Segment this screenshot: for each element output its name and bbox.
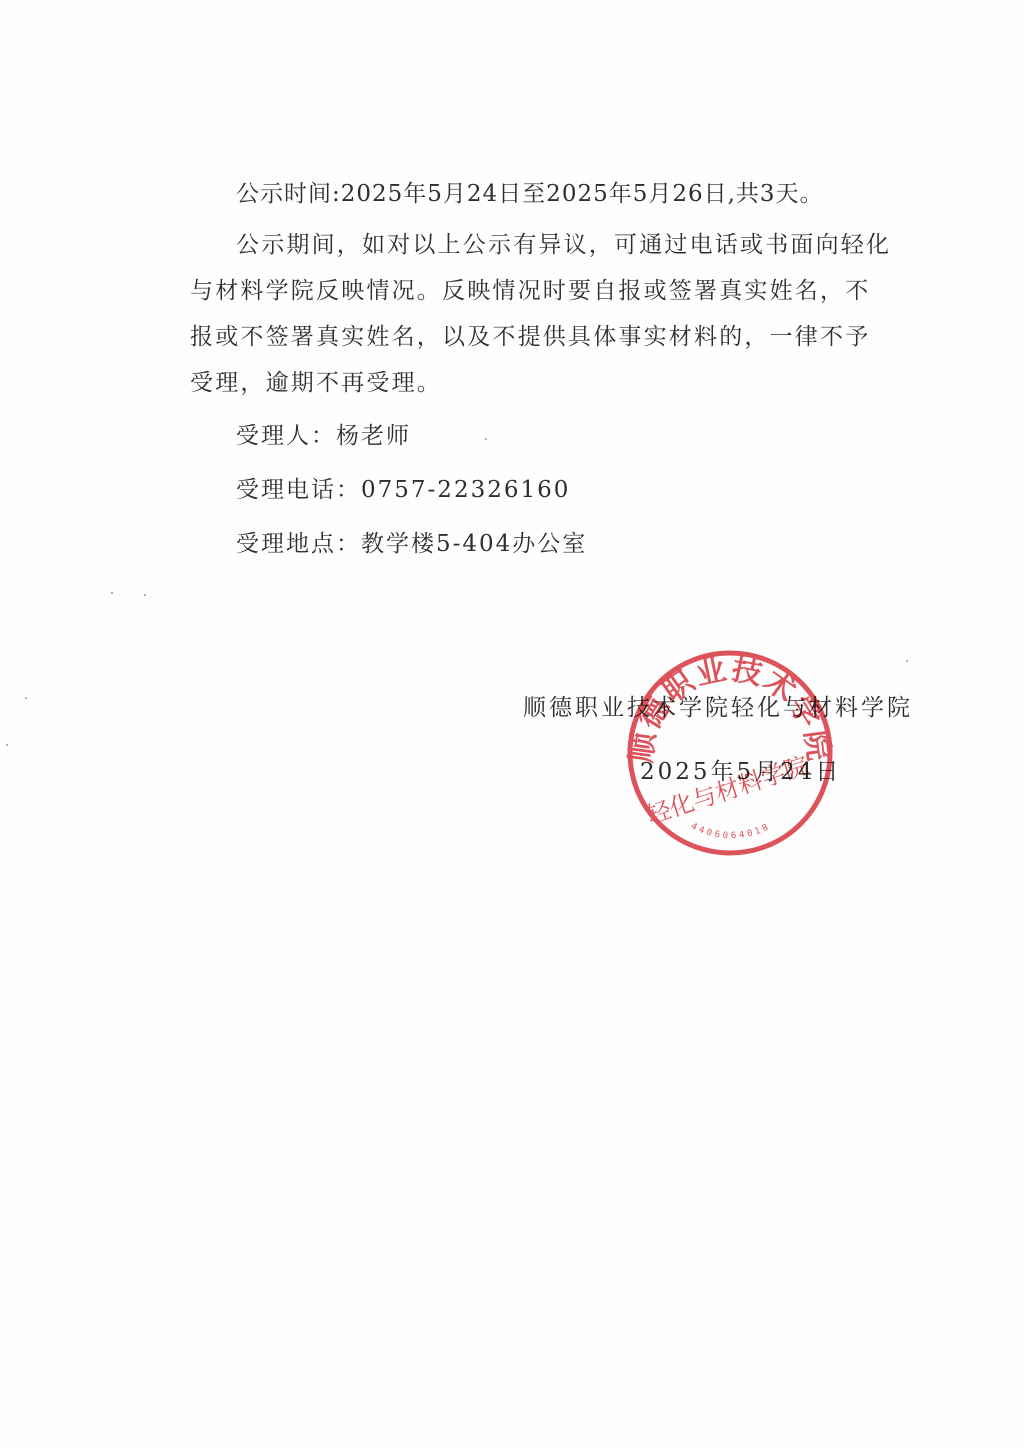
scan-speck <box>144 594 146 596</box>
scan-speck <box>280 388 282 390</box>
paragraph-line: 受理，逾期不再受理。 <box>190 360 890 406</box>
paragraph-line: 公示期间，如对以上公示有异议，可通过电话或书面向轻化 <box>190 222 890 268</box>
objection-paragraph: 公示期间，如对以上公示有异议，可通过电话或书面向轻化 与材料学院反映情况。反映情… <box>190 222 890 406</box>
document-page: 公示时间:2025年5月24日至2025年5月26日,共3天。 公示期间，如对以… <box>0 0 1024 1448</box>
publicity-period-text: 公示时间:2025年5月24日至2025年5月26日,共3天。 <box>236 179 824 209</box>
svg-text:4406064018: 4406064018 <box>689 821 773 841</box>
contact-phone: 受理电话：0757-22326160 <box>236 475 570 505</box>
seal-center-text: 轻化与材料学院 <box>643 751 811 830</box>
paragraph-line: 与材料学院反映情况。反映情况时要自报或签署真实姓名，不 <box>190 268 890 314</box>
seal-ring-text: 顺德职业技术学院 <box>625 652 835 765</box>
scan-speck <box>485 438 487 440</box>
seal-code: 4406064018 <box>689 821 773 841</box>
contact-location: 受理地点：教学楼5-404办公室 <box>236 529 587 559</box>
svg-text:顺德职业技术学院: 顺德职业技术学院 <box>625 652 835 765</box>
scan-speck <box>111 592 113 594</box>
scan-speck <box>25 697 27 699</box>
paragraph-line: 报或不签署真实姓名，以及不提供具体事实材料的，一律不予 <box>190 314 890 360</box>
contact-person: 受理人：杨老师 <box>236 421 411 451</box>
scan-speck <box>6 744 8 746</box>
official-seal-icon: 顺德职业技术学院 轻化与材料学院 4406064018 <box>625 648 835 858</box>
scan-speck <box>906 660 908 662</box>
